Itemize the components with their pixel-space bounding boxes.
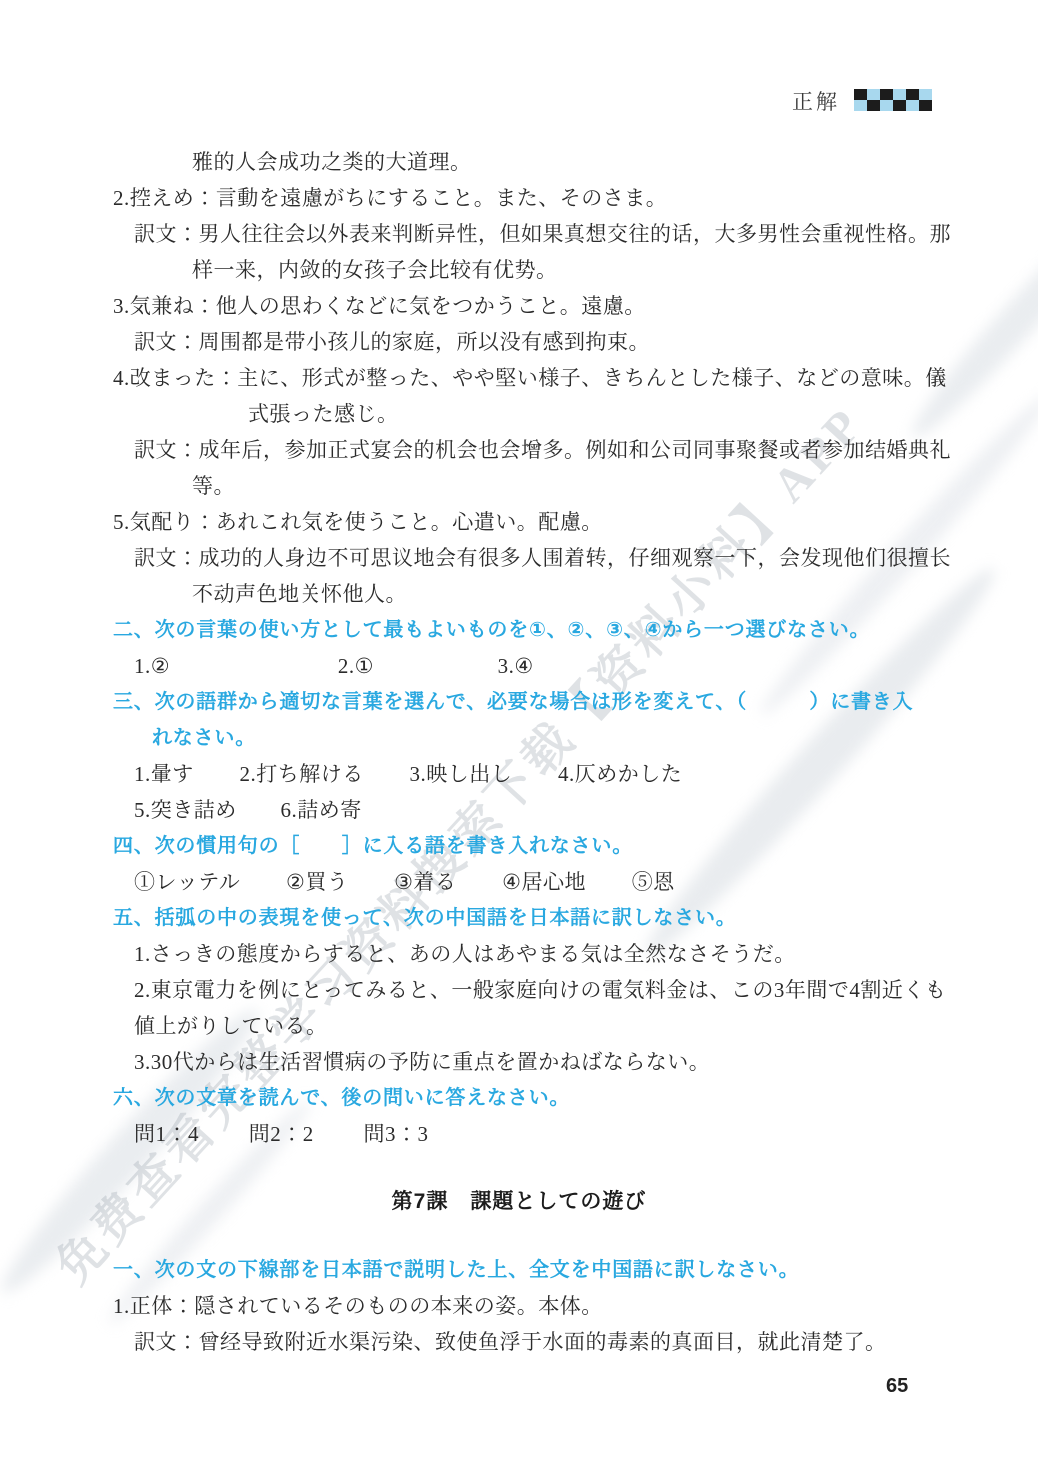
translation-line: 訳文：周围都是带小孩儿的家庭，所以没有感到拘束。 xyxy=(134,324,1038,360)
answer-item: 2.① xyxy=(338,654,374,678)
word-answer-row: ①レッテル ②買う ③着る ④居心地 ⑤恩 xyxy=(134,864,1038,900)
section-header-4: 四、次の慣用句の［ ］に入る語を書き入れなさい。 xyxy=(113,828,1038,864)
section-header-3: 三、次の語群から適切な言葉を選んで、必要な場合は形を変えて、（ ）に書き入 xyxy=(113,684,1038,720)
translation-line: 訳文：成年后，参加正式宴会的机会也会增多。例如和公司同事聚餐或者参加结婚典礼 xyxy=(134,432,1038,468)
lesson-title: 第7課 課題としての遊び xyxy=(0,1182,1038,1222)
answer-item: 3.映し出し xyxy=(410,762,513,786)
answer-item: 問2：2 xyxy=(249,1122,314,1146)
section-header-6: 六、次の文章を読んで、後の問いに答えなさい。 xyxy=(113,1080,1038,1116)
translation-line: 訳文：成功的人身边不可思议地会有很多人围着转，仔细观察一下，会发现他们很擅长 xyxy=(134,540,1038,576)
translation-line: 訳文：男人往往会以外表来判断异性，但如果真想交往的话，大多男性会重视性格。那 xyxy=(134,216,1038,252)
answer-item: 5.突き詰め xyxy=(134,798,237,822)
answer-item: ②買う xyxy=(286,870,348,894)
sentence-answer-continued: 値上がりしている。 xyxy=(134,1008,1038,1044)
answer-item: 問1：4 xyxy=(134,1122,199,1146)
translation-line: 不动声色地关怀他人。 xyxy=(192,576,1038,612)
answer-item: 1.暈す xyxy=(134,762,194,786)
section-header-1: 一、次の文の下線部を日本語で説明した上、全文を中国語に訳しなさい。 xyxy=(113,1252,1038,1288)
answer-item: ⑤恩 xyxy=(632,870,675,894)
definition-line: 4.改まった：主に、形式が整った、やや堅い様子、きちんとした様子、などの意味。儀 xyxy=(113,360,1038,396)
definition-line: 2.控えめ：言動を遠慮がちにすること。また、そのさま。 xyxy=(113,180,1038,216)
answer-item: 4.仄めかした xyxy=(558,762,682,786)
definition-line: 3.気兼ね：他人の思わくなどに気をつかうこと。遠慮。 xyxy=(113,288,1038,324)
section-header-2: 二、次の言葉の使い方として最もよいものを①、②、③、④から一つ選びなさい。 xyxy=(113,612,1038,648)
answer-content: 雅的人会成功之类的大道理。 2.控えめ：言動を遠慮がちにすること。また、そのさま… xyxy=(0,0,1038,1360)
answer-item: ①レッテル xyxy=(134,870,240,894)
answer-item: ④居心地 xyxy=(502,870,586,894)
word-answer-row: 5.突き詰め 6.詰め寄 xyxy=(134,792,1038,828)
answer-item: 1.② xyxy=(134,654,170,678)
answer-item: ③着る xyxy=(394,870,456,894)
answer-row: 1.② 2.① 3.④ xyxy=(134,648,1038,684)
section-header-5: 五、括弧の中の表現を使って、次の中国語を日本語に訳しなさい。 xyxy=(113,900,1038,936)
translation-line: 样一来，内敛的女孩子会比较有优势。 xyxy=(192,252,1038,288)
translation-line: 訳文：曾经导致附近水渠污染、致使鱼浮于水面的毒素的真面目，就此清楚了。 xyxy=(134,1324,1038,1360)
definition-line: 式張った感じ。 xyxy=(248,396,1038,432)
translation-line: 雅的人会成功之类的大道理。 xyxy=(192,144,1038,180)
sentence-answer: 3.30代からは生活習慣病の予防に重点を置かねばならない。 xyxy=(134,1044,1038,1080)
sentence-answer: 2.東京電力を例にとってみると、一般家庭向けの電気料金は、この3年間で4割近くも xyxy=(134,972,1038,1008)
definition-line: 5.気配り：あれこれ気を使うこと。心遣い。配慮。 xyxy=(113,504,1038,540)
answer-item: 3.④ xyxy=(498,654,534,678)
translation-line: 等。 xyxy=(192,468,1038,504)
question-answer-row: 問1：4 問2：2 問3：3 xyxy=(134,1116,1038,1152)
word-answer-row: 1.暈す 2.打ち解ける 3.映し出し 4.仄めかした xyxy=(134,756,1038,792)
sentence-answer: 1.さっきの態度からすると、あの人はあやまる気は全然なさそうだ。 xyxy=(134,936,1038,972)
page-number: 65 xyxy=(886,1375,908,1398)
answer-item: 2.打ち解ける xyxy=(240,762,364,786)
answer-item: 6.詰め寄 xyxy=(281,798,362,822)
answer-item: 問3：3 xyxy=(364,1122,429,1146)
section-header-3-continued: れなさい。 xyxy=(152,720,1038,756)
definition-line: 1.正体：隠されているそのものの本来の姿。本体。 xyxy=(113,1288,1038,1324)
answer-key-page: 免费查看完整学习资料搜索下载【资料小料】APP 正解 雅的人会成功之类的大道理。… xyxy=(0,0,1038,1459)
